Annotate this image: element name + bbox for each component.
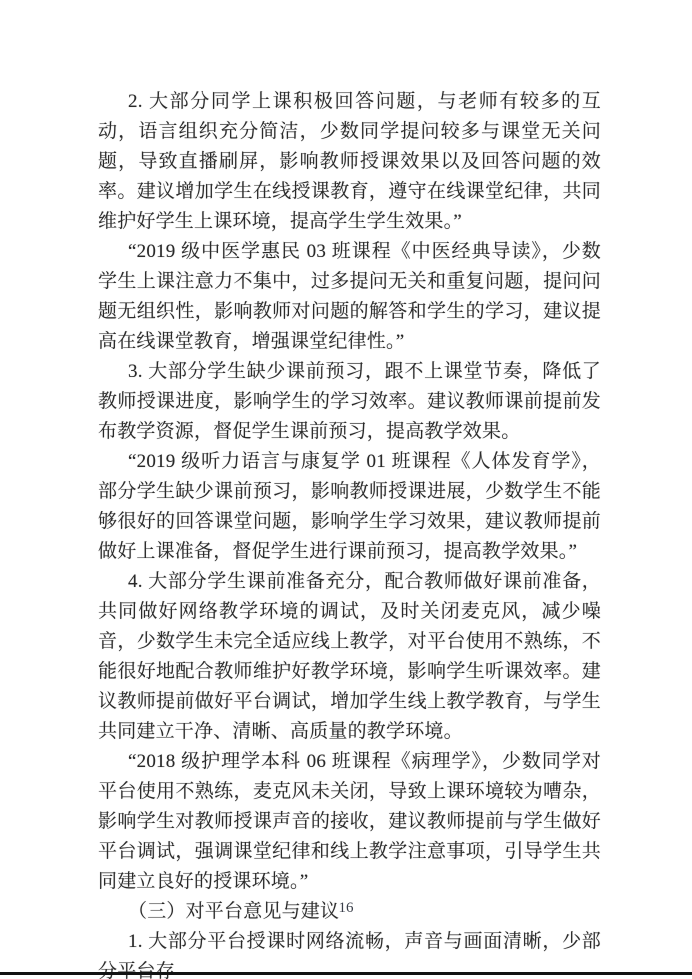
page-bottom-edge-rule (0, 972, 692, 975)
page-number: 16 (0, 898, 692, 918)
document-body-text: 2. 大部分同学上课积极回答问题，与老师有较多的互动，语言组织充分简洁，少数同学… (98, 87, 601, 979)
paragraph-quote-2019-tcm-class: “2019 级中医学惠民 03 班课程《中医经典导读》，少数学生上课注意力不集中… (98, 237, 601, 357)
paragraph-quote-2018-nursing-class: “2018 级护理学本科 06 班课程《病理学》，少数同学对平台使用不熟练，麦克… (98, 747, 601, 897)
paragraph-point-2: 2. 大部分同学上课积极回答问题，与老师有较多的互动，语言组织充分简洁，少数同学… (98, 87, 601, 237)
paragraph-point-3: 3. 大部分学生缺少课前预习，跟不上课堂节奏，降低了教师授课进度，影响学生的学习… (98, 357, 601, 447)
paragraph-point-4: 4. 大部分学生课前准备充分，配合教师做好课前准备，共同做好网络教学环境的调试，… (98, 567, 601, 747)
paragraph-quote-2019-hearing-rehab-class: “2019 级听力语言与康复学 01 班课程《人体发育学》，部分学生缺少课前预习… (98, 447, 601, 567)
